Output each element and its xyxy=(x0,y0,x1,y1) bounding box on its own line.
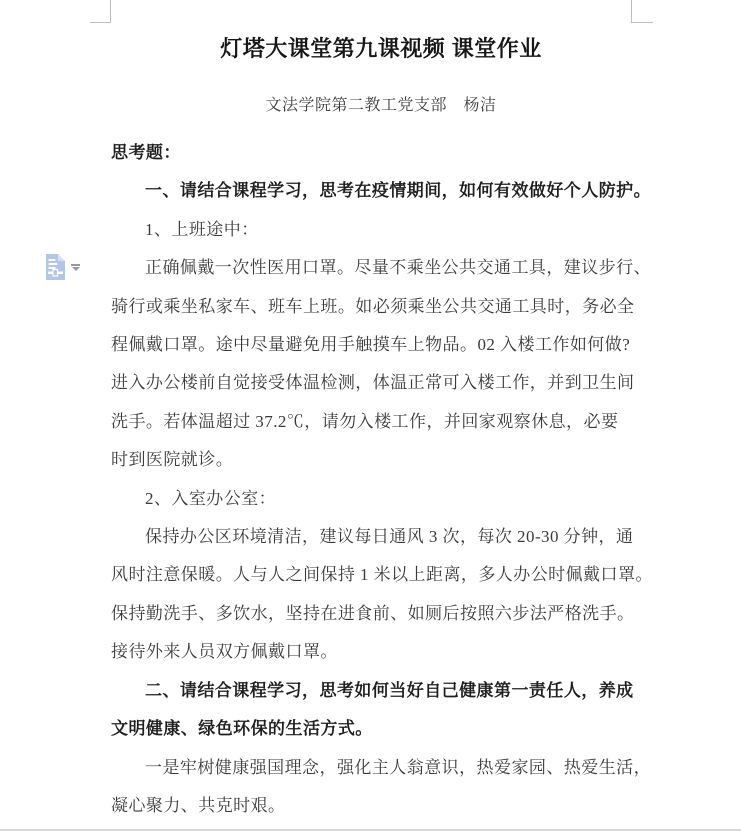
document-byline: 文法学院第二教工党支部 杨洁 xyxy=(111,93,651,118)
text-line: 正确佩戴一次性医用口罩。尽量不乘坐公共交通工具，建议步行、 xyxy=(111,249,651,287)
text-line: 进入办公楼前自觉接受体温检测，体温正常可入楼工作，并到卫生间 xyxy=(111,364,651,402)
document-page: 灯塔大课堂第九课视频 课堂作业 文法学院第二教工党支部 杨洁 思考题：一、请结合… xyxy=(0,0,741,831)
dropdown-arrow-icon[interactable] xyxy=(71,264,80,271)
text-line: 文明健康、绿色环保的生活方式。 xyxy=(111,710,651,748)
text-line: 接待外来人员双方佩戴口罩。 xyxy=(111,633,651,671)
paste-options-button[interactable] xyxy=(45,253,83,285)
text-line: 保持办公区环境清洁，建议每日通风 3 次，每次 20-30 分钟，通 xyxy=(111,518,651,556)
document-body: 思考题：一、请结合课程学习，思考在疫情期间，如何有效做好个人防护。1、上班途中：… xyxy=(111,134,651,825)
text-boundary-mark-top-left xyxy=(90,22,111,23)
document-content: 灯塔大课堂第九课视频 课堂作业 文法学院第二教工党支部 杨洁 思考题：一、请结合… xyxy=(111,0,651,831)
text-line: 1、上班途中： xyxy=(111,211,651,249)
text-line: 一、请结合课程学习，思考在疫情期间，如何有效做好个人防护。 xyxy=(111,172,651,210)
text-line: 保持勤洗手、多饮水，坚持在进食前、如厕后按照六步法严格洗手。 xyxy=(111,595,651,633)
text-line: 二、请结合课程学习，思考如何当好自己健康第一责任人，养成 xyxy=(111,672,651,710)
paste-options-icon[interactable] xyxy=(45,253,66,286)
text-line: 时到医院就诊。 xyxy=(111,441,651,479)
text-line: 2、入室办公室： xyxy=(111,480,651,518)
text-line: 思考题： xyxy=(111,134,651,172)
text-line: 骑行或乘坐私家车、班车上班。如必须乘坐公共交通工具时，务必全 xyxy=(111,288,651,326)
text-line: 一是牢树健康强国理念，强化主人翁意识，热爱家园、热爱生活， xyxy=(111,749,651,787)
text-line: 程佩戴口罩。途中尽量避免用手触摸车上物品。02 入楼工作如何做? xyxy=(111,326,651,364)
text-line: 洗手。若体温超过 37.2℃，请勿入楼工作，并回家观察休息，必要 xyxy=(111,403,651,441)
text-line: 风时注意保暖。人与人之间保持 1 米以上距离，多人办公时佩戴口罩。 xyxy=(111,556,651,594)
text-line: 凝心聚力、共克时艰。 xyxy=(111,787,651,825)
document-title: 灯塔大课堂第九课视频 课堂作业 xyxy=(111,33,651,65)
